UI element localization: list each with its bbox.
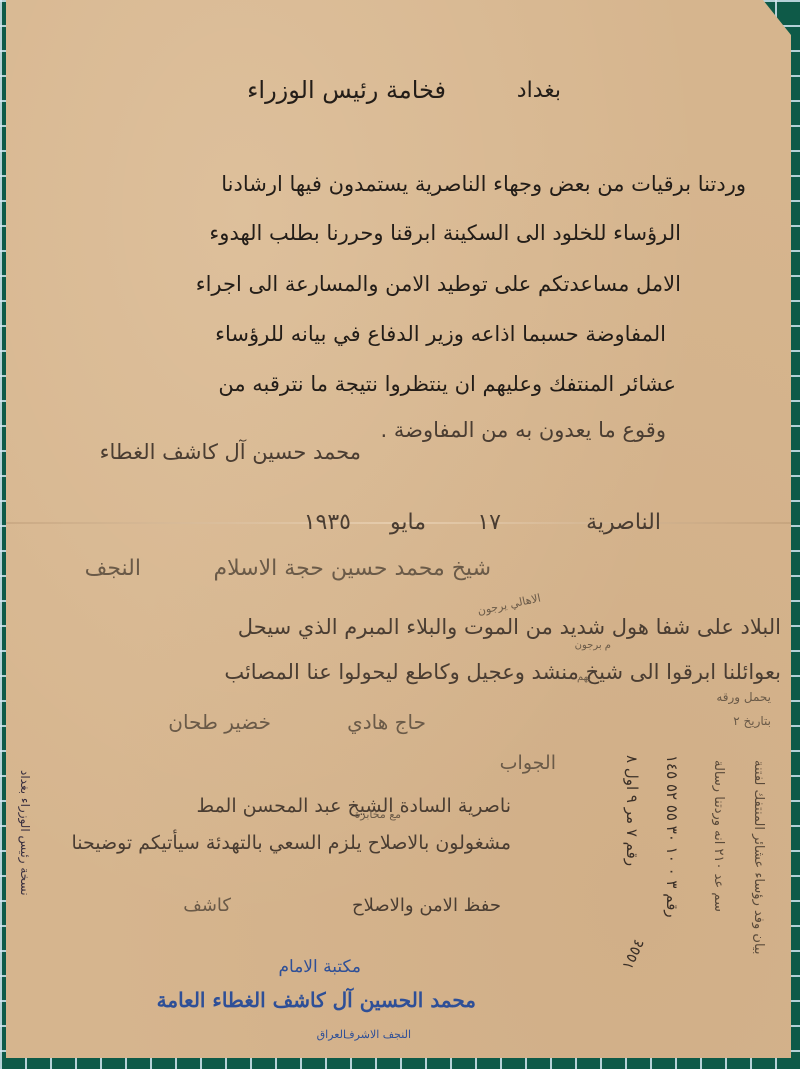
stamp-line-1: مكتبة الامام — [278, 957, 361, 977]
stamp-line-2: محمد الحسين آل كاشف الغطاء العامة — [157, 988, 476, 1012]
left-edge-vertical-note: نسخة رئيس الوزراء بغداد — [18, 770, 32, 896]
telegram-margin-note-left-2: بهم — [577, 672, 591, 683]
body-line-6: وقوع ما يعدون به من المفاوضة . — [381, 418, 666, 442]
telegram-place: الناصرية — [586, 510, 661, 535]
telegram-body-line-1: البلاد على شفا هول شديد من الموت والبلاء… — [238, 615, 781, 639]
right-margin-vertical-2: رقم ٣ ٠ ١٠ ٣٠ ٥٥ ٥٢ ١٤٥ — [663, 755, 681, 918]
reply-line-3: حفظ الامن والاصلاح — [352, 895, 501, 916]
body-line-2: الرؤساء للخلود الى السكينة ابرقنا وحررنا… — [209, 221, 681, 245]
telegram-city: النجف — [85, 556, 141, 581]
telegram-addressee: شيخ محمد حسين حجة الاسلام — [213, 556, 491, 581]
telegram-date-year: ١٩٣٥ — [304, 510, 351, 535]
right-margin-vertical-4: بيان وفد رؤساء عشائر المنتفك لفتنة — [751, 760, 766, 954]
stamp-line-3-right: العراق — [317, 1028, 346, 1041]
reply-heading: الجواب — [500, 752, 556, 774]
sender-1: حاج هادي — [347, 710, 426, 734]
body-line-4: المفاوضة حسبما اذاعه وزير الدفاع في بيان… — [215, 322, 666, 346]
right-margin-top-note-1: يحمل ورقه — [716, 690, 771, 704]
reply-signature-note: كاشف — [183, 895, 231, 916]
telegram-margin-note: الاهالي يرجون — [476, 591, 542, 617]
telegram-body-line-2: بعوائلنا ابرقوا الى شيخ منشد وعجيل وكاطع… — [224, 660, 781, 684]
header-destination: بغداد — [517, 78, 561, 103]
right-margin-vertical-1: رقم ٧ مر ٩ اول ٨ — [623, 755, 641, 866]
signature: محمد حسين آل كاشف الغطاء — [100, 440, 361, 464]
stamp-line-3-left: النجف الاشرف — [343, 1028, 411, 1041]
sender-2: خضير طحان — [168, 710, 271, 734]
document-paper: بغداد فخامة رئيس الوزراء وردتنا برقيات م… — [6, 0, 791, 1058]
telegram-date-day: ١٧ — [477, 510, 501, 535]
reply-line-2: مشغولون بالاصلاح يلزم السعي بالتهدئة سيأ… — [71, 832, 511, 854]
right-margin-vertical-3: سم عد ٢١٠ انه وردتنا رسالة — [711, 760, 726, 912]
right-margin-top-note-2: بتاريخ ٢ — [733, 714, 771, 728]
body-line-5: عشائر المنتفك وعليهم ان ينتظروا نتيجة ما… — [218, 372, 676, 396]
corner-number: ١٥٥٤ — [618, 936, 648, 973]
body-line-3: الامل مساعدتكم على توطيد الامن والمسارعة… — [196, 272, 681, 296]
header-addressee: فخامة رئيس الوزراء — [247, 76, 446, 104]
reply-interlinear-insert: مع مخابرة — [355, 808, 401, 821]
telegram-margin-note-left-1: م برجون — [575, 640, 611, 651]
body-line-1: وردتنا برقيات من بعض وجهاء الناصرية يستم… — [221, 172, 746, 196]
telegram-date-month: مايو — [390, 510, 426, 535]
